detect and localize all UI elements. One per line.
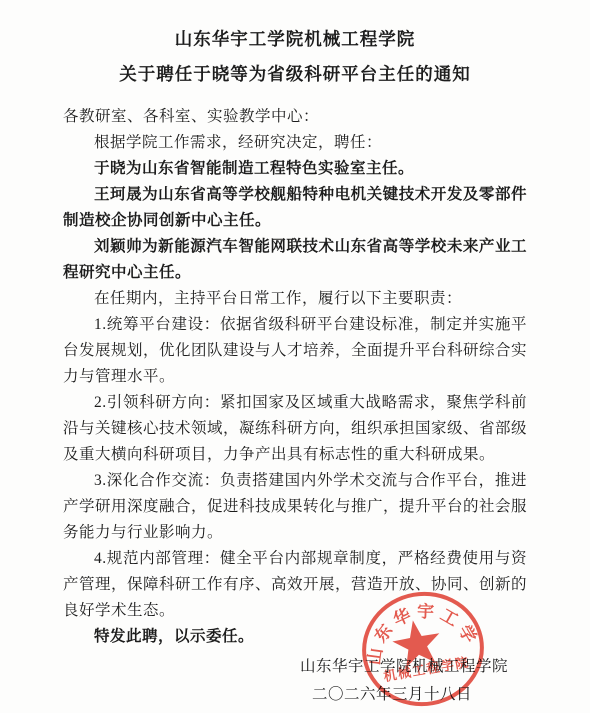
paragraph: 特发此聘，以示委任。 [63, 624, 527, 650]
paragraph: 4.规范内部管理：健全平台内部规章制度，严格经费使用与资产管理，保障科研工作有序… [63, 546, 527, 624]
paragraph: 在任期内，主持平台日常工作，履行以下主要职责： [63, 286, 527, 312]
document-subtitle: 关于聘任于晓等为省级科研平台主任的通知 [0, 57, 590, 92]
salutation: 各教研室、各科室、实验教学中心： [63, 104, 527, 130]
signature-line: 山东华宇工学院机械工程学院 [0, 653, 590, 681]
document-title: 山东华宇工学院机械工程学院 [0, 22, 590, 57]
paragraph-list: 根据学院工作需求，经研究决定，聘任：于晓为山东省智能制造工程特色实验室主任。王珂… [63, 130, 527, 650]
paragraph: 2.引领科研方向：紧扣国家及区域重大战略需求，聚焦学科前沿与关键核心技术领域，凝… [63, 390, 527, 468]
title-block: 山东华宇工学院机械工程学院 关于聘任于晓等为省级科研平台主任的通知 [0, 0, 590, 92]
paragraph: 王珂晟为山东省高等学校舰船特种电机关键技术开发及零部件制造校企协同创新中心主任。 [63, 182, 527, 234]
notice-document-page: 山东华宇工学院机械工程学院 关于聘任于晓等为省级科研平台主任的通知 各教研室、各… [0, 0, 590, 713]
signature-block: 山东华宇工学院机械工程学院 二〇二六年三月十八日 [0, 653, 590, 709]
date-line: 二〇二六年三月十八日 [0, 681, 590, 709]
paragraph: 刘颖帅为新能源汽车智能网联技术山东省高等学校未来产业工程研究中心主任。 [63, 234, 527, 286]
paragraph: 3.深化合作交流：负责搭建国内外学术交流与合作平台，推进产学研用深度融合，促进科… [63, 468, 527, 546]
paragraph: 于晓为山东省智能制造工程特色实验室主任。 [63, 156, 527, 182]
paragraph: 1.统筹平台建设：依据省级科研平台建设标准，制定并实施平台发展规划，优化团队建设… [63, 312, 527, 390]
paragraph: 根据学院工作需求，经研究决定，聘任： [63, 130, 527, 156]
document-body: 各教研室、各科室、实验教学中心： 根据学院工作需求，经研究决定，聘任：于晓为山东… [0, 104, 590, 650]
